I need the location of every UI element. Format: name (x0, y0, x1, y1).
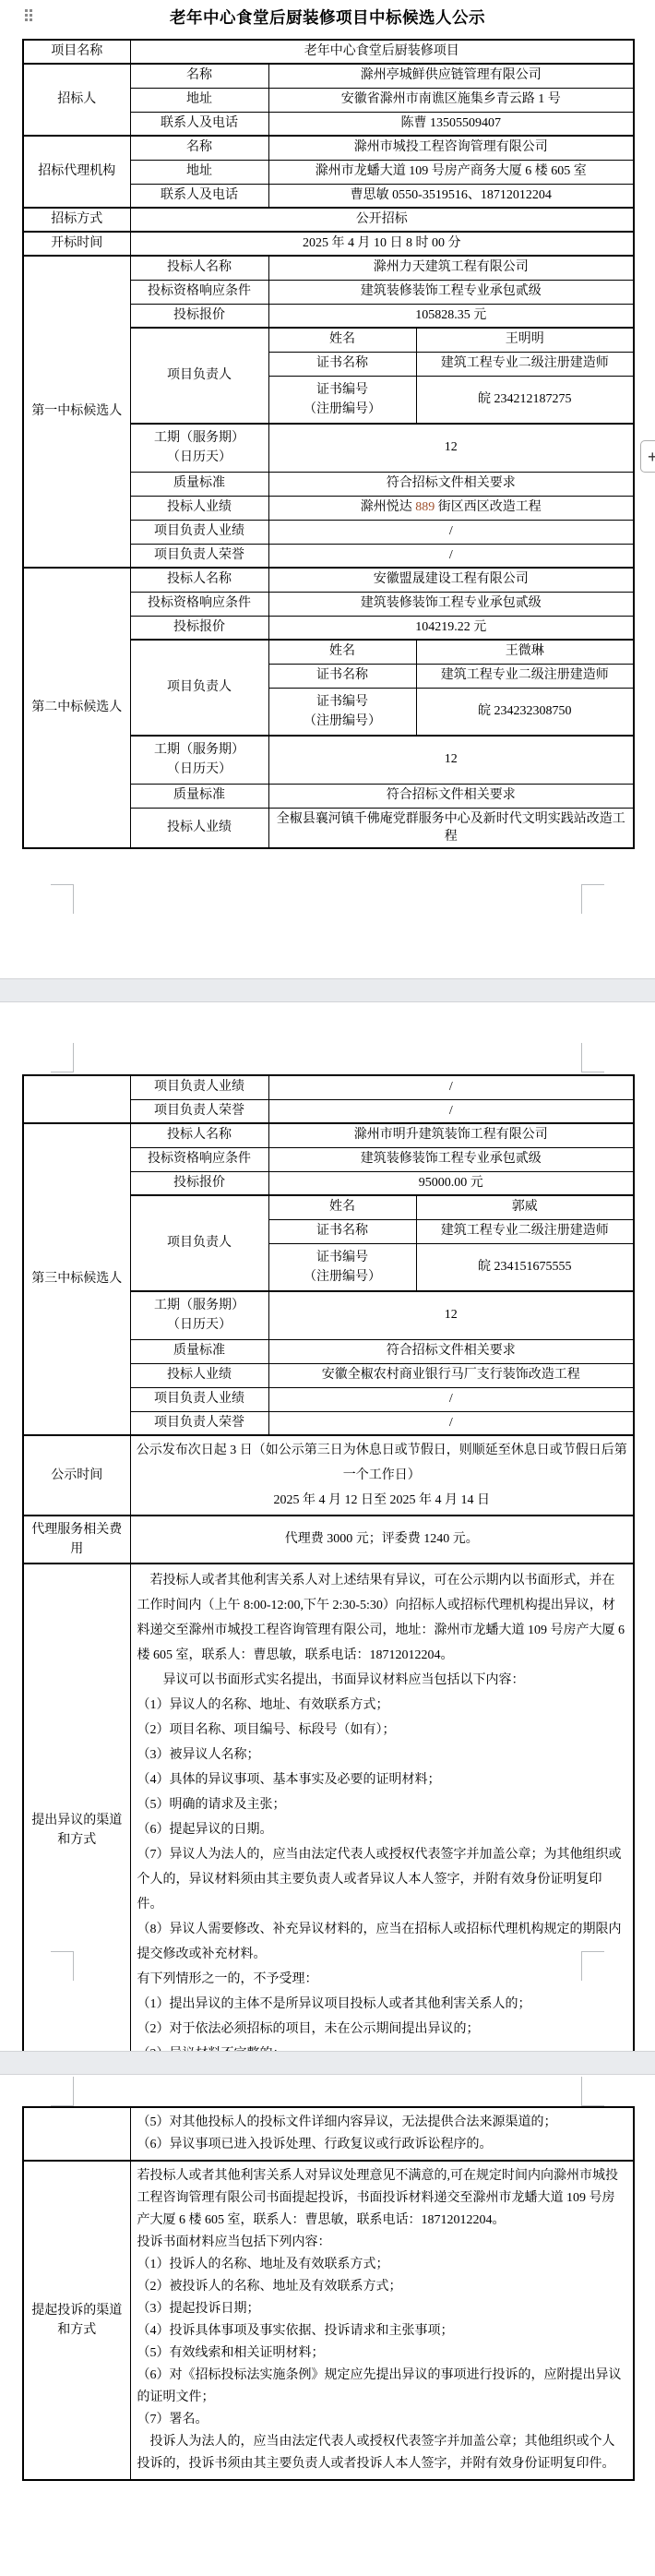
label-cell: 姓名 (268, 1195, 416, 1219)
value-cell: 建筑工程专业二级注册建造师 (416, 1219, 634, 1243)
label-cell: 投标人名称 (130, 256, 268, 280)
page-margin-mark (581, 2077, 604, 2106)
value-cell: 安徽全椒农村商业银行马厂支行装饰改造工程 (268, 1363, 634, 1387)
label-cell: 代理服务相关费用 (23, 1516, 130, 1564)
label-cell: 证书名称 (268, 352, 416, 376)
candidate-3-header-cell: 第三中标候选人 (23, 1123, 130, 1435)
label-cell: 招标人 (23, 64, 130, 136)
label-cell: 项目负责人 (130, 640, 268, 736)
label-cell: 证书编号（注册编号） (268, 376, 416, 424)
table-row: 第二中标候选人 投标人名称 安徽盟晟建设工程有限公司 (23, 568, 634, 592)
label-cell: 公示时间 (23, 1435, 130, 1516)
value-cell: 建筑装修装饰工程专业承包贰级 (268, 592, 634, 616)
label-cell: 项目负责人 (130, 1195, 268, 1291)
label-cell: 开标时间 (23, 232, 130, 256)
table-row: 项目名称 老年中心食堂后厨装修项目 (23, 40, 634, 64)
label-cell: 投标报价 (130, 1171, 268, 1195)
value-cell: 老年中心食堂后厨装修项目 (130, 40, 634, 64)
label-cell: 投标资格响应条件 (130, 1147, 268, 1171)
label-cell: 投标报价 (130, 616, 268, 640)
label-cell: 姓名 (268, 640, 416, 664)
document-viewer: { "doc": { "title": "老年中心食堂后厨装修项目中标候选人公示… (0, 0, 655, 2576)
table-row: 提起投诉的渠道和方式 若投标人或者其他利害关系人对异议处理意见不满意的,可在规定… (23, 2161, 634, 2480)
label-cell: 投标报价 (130, 304, 268, 328)
table-row: 开标时间 2025 年 4 月 10 日 8 时 00 分 (23, 232, 634, 256)
label-cell: 质量标准 (130, 472, 268, 496)
page-margin-mark (581, 1043, 604, 1072)
table-row: （5）对其他投标人的投标文件详细内容异议，无法提供合法来源渠道的；（6）异议事项… (23, 2107, 634, 2161)
value-cell: 郭威 (416, 1195, 634, 1219)
table-row: 提出异议的渠道和方式 若投标人或者其他利害关系人对上述结果有异议，可在公示期内以… (23, 1564, 634, 2096)
value-cell: 建筑工程专业二级注册建造师 (416, 664, 634, 688)
label-cell: 招标方式 (23, 208, 130, 232)
label-cell: 联系人及电话 (130, 184, 268, 208)
value-cell: 符合招标文件相关要求 (268, 1339, 634, 1363)
value-cell: 陈曹 13505509407 (268, 112, 634, 136)
label-cell: 投标资格响应条件 (130, 592, 268, 616)
value-cell: / (268, 1387, 634, 1411)
label-cell: 证书名称 (268, 1219, 416, 1243)
value-cell: 12 (268, 736, 634, 784)
table-row: 招标代理机构 名称 滁州市城投工程咨询管理有限公司 (23, 136, 634, 160)
value-cell: 滁州市龙蟠大道 109 号房产商务大厦 6 楼 605 室 (268, 160, 634, 184)
label-cell: 提起投诉的渠道和方式 (23, 2161, 130, 2480)
label-cell: 提出异议的渠道和方式 (23, 1564, 130, 2096)
label-cell: 名称 (130, 136, 268, 160)
candidate-2-header-cell: 第二中标候选人 (23, 568, 130, 848)
label-cell: 投标人业绩 (130, 1363, 268, 1387)
page-margin-mark (51, 2077, 74, 2106)
value-cell: 皖 234232308750 (416, 688, 634, 736)
value-cell: / (268, 1411, 634, 1435)
candidate-1-header-cell: 第一中标候选人 (23, 256, 130, 568)
table-row: 第一中标候选人 投标人名称 滁州力天建筑工程有限公司 (23, 256, 634, 280)
empty-cell (23, 2107, 130, 2161)
value-cell: 滁州亭城鲜供应链管理有限公司 (268, 64, 634, 88)
announcement-table-page2: 项目负责人业绩 / 项目负责人荣誉 / 第三中标候选人 投标人名称 滁州市明升建… (22, 1074, 635, 2097)
value-cell: 安徽盟晟建设工程有限公司 (268, 568, 634, 592)
label-cell: 投标人名称 (130, 568, 268, 592)
value-cell: 若投标人或者其他利害关系人对异议处理意见不满意的,可在规定时间内向滁州市城投工程… (130, 2161, 634, 2480)
value-cell: 2025 年 4 月 10 日 8 时 00 分 (130, 232, 634, 256)
label-cell: 姓名 (268, 328, 416, 352)
value-cell: 公开招标 (130, 208, 634, 232)
value-cell: 公示发布次日起 3 日（如公示第三日为休息日或节假日，则顺延至休息日或节假日后第… (130, 1435, 634, 1516)
label-cell: 项目负责人业绩 (130, 1387, 268, 1411)
label-cell: 证书编号（注册编号） (268, 1243, 416, 1291)
value-cell: 王明明 (416, 328, 634, 352)
label-cell: 质量标准 (130, 1339, 268, 1363)
label-cell: 项目负责人 (130, 328, 268, 424)
label-cell: 名称 (130, 64, 268, 88)
label-cell: 投标资格响应条件 (130, 280, 268, 304)
value-cell: 95000.00 元 (268, 1171, 634, 1195)
value-cell: / (268, 544, 634, 568)
label-cell: 项目负责人荣誉 (130, 1411, 268, 1435)
value-cell: / (268, 1075, 634, 1099)
value-cell: 安徽省滁州市南谯区施集乡青云路 1 号 (268, 88, 634, 112)
page-margin-mark (51, 884, 74, 914)
value-cell: 曹思敏 0550-3519516、18712012204 (268, 184, 634, 208)
plus-button[interactable]: + (640, 440, 655, 473)
label-cell: 地址 (130, 160, 268, 184)
value-cell: 代理费 3000 元；评委费 1240 元。 (130, 1516, 634, 1564)
value-cell: （5）对其他投标人的投标文件详细内容异议，无法提供合法来源渠道的；（6）异议事项… (130, 2107, 634, 2161)
page-margin-mark (51, 1043, 74, 1072)
value-cell: 全椒县襄河镇千佛庵党群服务中心及新时代文明实践站改造工程 (268, 808, 634, 848)
value-cell: 建筑装修装饰工程专业承包贰级 (268, 280, 634, 304)
value-cell: 若投标人或者其他利害关系人对上述结果有异议，可在公示期内以书面形式，并在工作时间… (130, 1564, 634, 2096)
announcement-table-page1: 项目名称 老年中心食堂后厨装修项目 招标人 名称 滁州亭城鲜供应链管理有限公司 … (22, 39, 635, 849)
page-1: 老年中心食堂后厨装修项目中标候选人公示 项目名称 老年中心食堂后厨装修项目 招标… (0, 0, 655, 978)
label-cell: 投标人名称 (130, 1123, 268, 1147)
label-cell: 工期（服务期）（日历天） (130, 424, 268, 472)
label-cell: 项目负责人荣誉 (130, 544, 268, 568)
value-cell: 12 (268, 1291, 634, 1339)
label-cell: 联系人及电话 (130, 112, 268, 136)
table-row: 第三中标候选人 投标人名称 滁州市明升建筑装饰工程有限公司 (23, 1123, 634, 1147)
value-cell: 滁州市明升建筑装饰工程有限公司 (268, 1123, 634, 1147)
label-cell: 工期（服务期）（日历天） (130, 736, 268, 784)
value-cell: 皖 234212187275 (416, 376, 634, 424)
value-cell: 104219.22 元 (268, 616, 634, 640)
label-cell: 证书名称 (268, 664, 416, 688)
label-cell: 项目负责人业绩 (130, 1075, 268, 1099)
table-row: 公示时间 公示发布次日起 3 日（如公示第三日为休息日或节假日，则顺延至休息日或… (23, 1435, 634, 1516)
label-cell: 证书编号（注册编号） (268, 688, 416, 736)
page-margin-mark (51, 1951, 74, 1981)
label-cell: 投标人业绩 (130, 496, 268, 520)
page-separator (0, 2051, 655, 2075)
value-cell: / (268, 520, 634, 544)
value-cell: 105828.35 元 (268, 304, 634, 328)
value-cell: 皖 234151675555 (416, 1243, 634, 1291)
value-cell: 滁州悦达 889 街区西区改造工程 (268, 496, 634, 520)
highlighted-number: 889 (415, 500, 435, 514)
table-row: 项目负责人业绩 / (23, 1075, 634, 1099)
label-cell: 工期（服务期）（日历天） (130, 1291, 268, 1339)
page-3: （5）对其他投标人的投标文件详细内容异议，无法提供合法来源渠道的；（6）异议事项… (0, 2075, 655, 2576)
value-cell: 王微琳 (416, 640, 634, 664)
table-row: 代理服务相关费用 代理费 3000 元；评委费 1240 元。 (23, 1516, 634, 1564)
value-cell: 建筑装修装饰工程专业承包贰级 (268, 1147, 634, 1171)
table-row: 招标人 名称 滁州亭城鲜供应链管理有限公司 (23, 64, 634, 88)
label-cell: 项目负责人业绩 (130, 520, 268, 544)
table-row: 招标方式 公开招标 (23, 208, 634, 232)
value-cell: 符合招标文件相关要求 (268, 784, 634, 808)
value-cell: 滁州市城投工程咨询管理有限公司 (268, 136, 634, 160)
label-cell: 质量标准 (130, 784, 268, 808)
value-cell: 建筑工程专业二级注册建造师 (416, 352, 634, 376)
page-separator (0, 978, 655, 1002)
label-cell: 项目名称 (23, 40, 130, 64)
label-cell: 招标代理机构 (23, 136, 130, 208)
announcement-table-page3: （5）对其他投标人的投标文件详细内容异议，无法提供合法来源渠道的；（6）异议事项… (22, 2106, 635, 2481)
label-cell: 投标人业绩 (130, 808, 268, 848)
value-cell: / (268, 1099, 634, 1123)
page-margin-mark (581, 1951, 604, 1981)
page-margin-mark (581, 884, 604, 914)
value-cell: 12 (268, 424, 634, 472)
label-cell: 项目负责人荣誉 (130, 1099, 268, 1123)
value-cell: 滁州力天建筑工程有限公司 (268, 256, 634, 280)
label-cell: 地址 (130, 88, 268, 112)
value-cell: 符合招标文件相关要求 (268, 472, 634, 496)
page-2: 项目负责人业绩 / 项目负责人荣誉 / 第三中标候选人 投标人名称 滁州市明升建… (0, 1002, 655, 2051)
page-title: 老年中心食堂后厨装修项目中标候选人公示 (0, 6, 655, 29)
empty-cell (23, 1075, 130, 1123)
